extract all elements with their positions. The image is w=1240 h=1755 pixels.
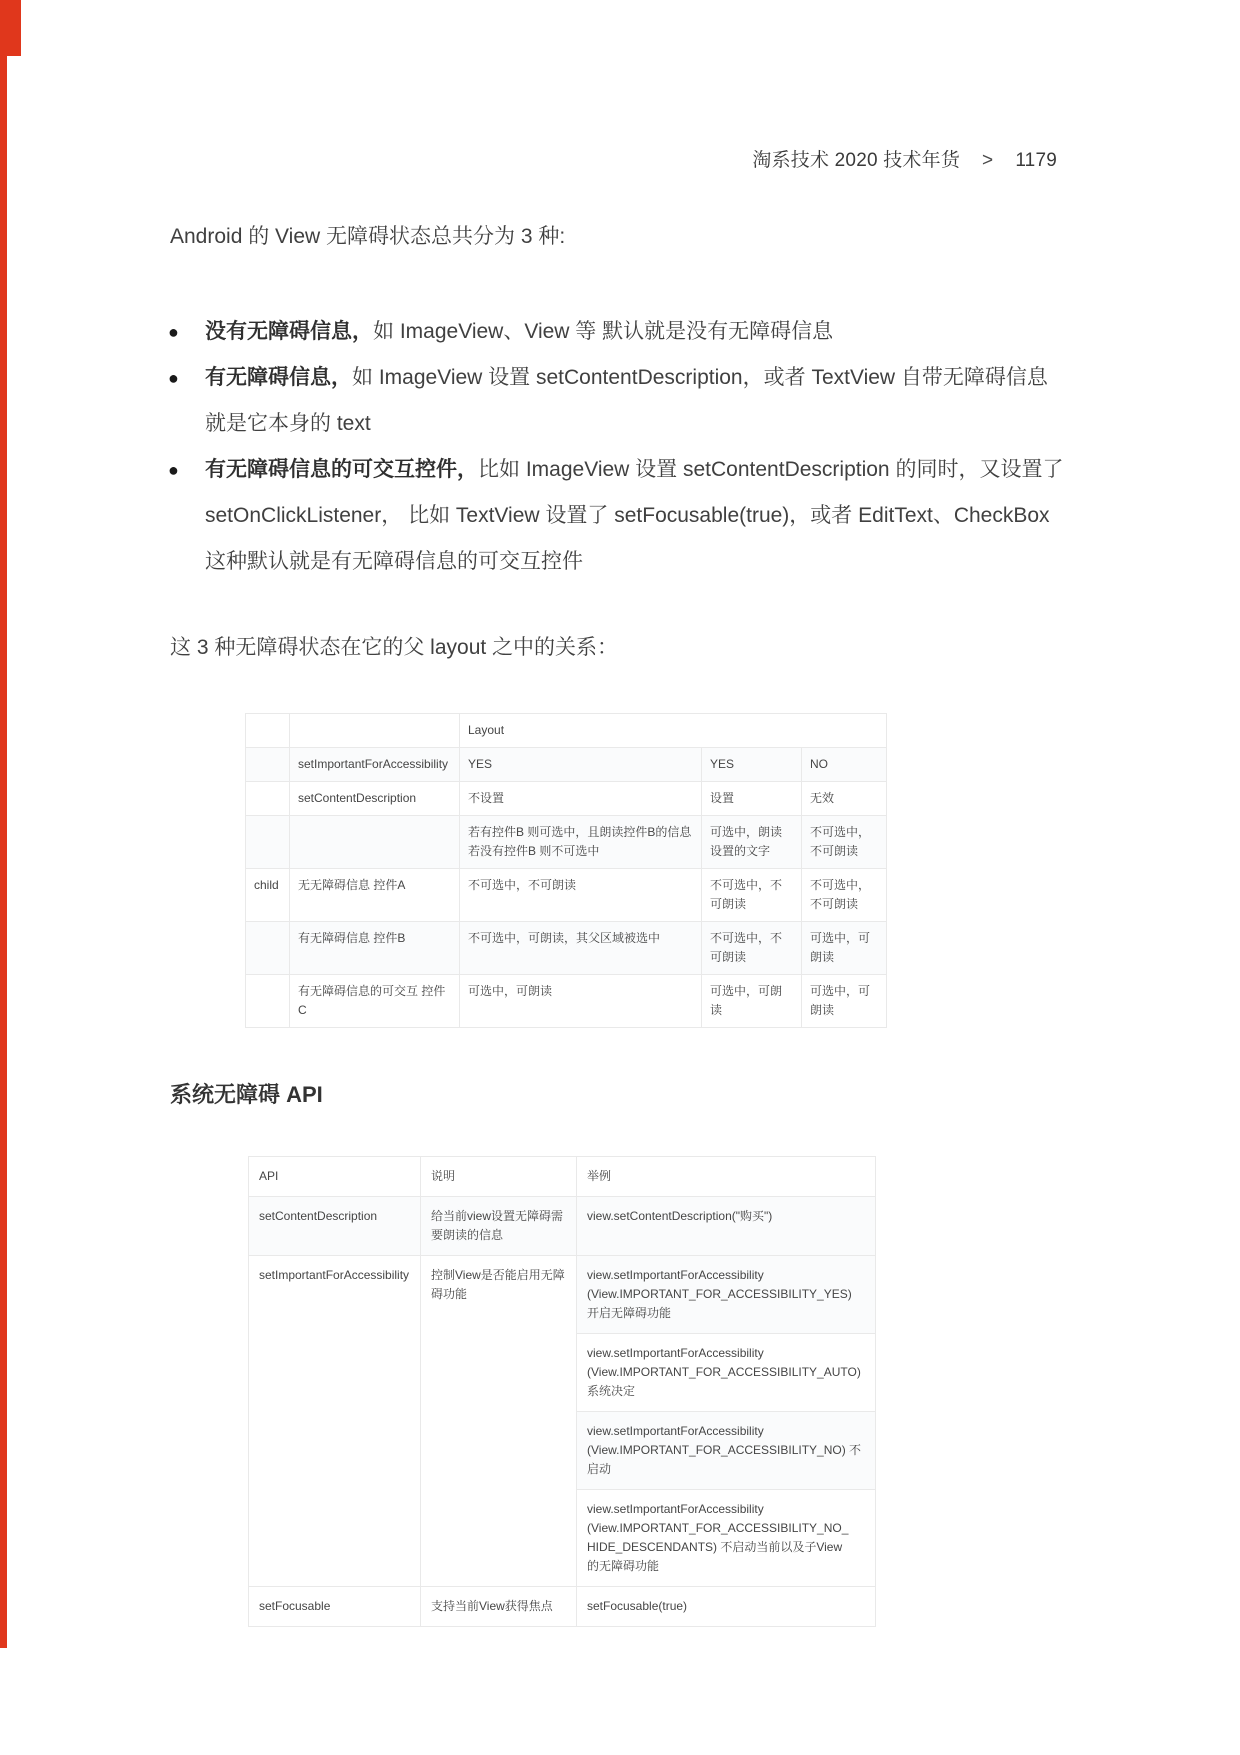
table-cell [246, 816, 290, 869]
table-cell-api: setContentDescription [249, 1197, 421, 1256]
accessibility-api-table: API 说明 举例 setContentDescription 给当前view设… [248, 1156, 876, 1627]
table-cell-example: setFocusable(true) [577, 1587, 876, 1627]
table-cell [246, 714, 290, 748]
table-row: 若有控件B 则可选中，且朗读控件B的信息 若没有控件B 则不可选中 可选中，朗读… [246, 816, 887, 869]
table-cell [246, 922, 290, 975]
table-row: 有无障碍信息的可交互 控件 C 可选中，可朗读 可选中，可朗 读 可选中，可 朗… [246, 975, 887, 1028]
table-cell-api: setFocusable [249, 1587, 421, 1627]
bullet-text: 如 ImageView、View 等 默认就是没有无障碍信息 [373, 320, 833, 343]
bullet-item-no-info: ●没有无障碍信息，如 ImageView、View 等 默认就是没有无障碍信息 [168, 309, 1068, 355]
table-cell: 无效 [802, 782, 887, 816]
page-edge-red-stripe [0, 0, 7, 1648]
table-cell-child-label: child [246, 869, 290, 922]
bullet-item-has-info: ●有无障碍信息，如 ImageView 设置 setContentDescrip… [168, 355, 1068, 447]
header-separator: > [982, 150, 993, 172]
table-cell-example: view.setImportantForAccessibility (View.… [577, 1412, 876, 1490]
table-cell: 可选中，朗读 设置的文字 [702, 816, 802, 869]
bullet-icon: ● [168, 447, 179, 493]
relation-paragraph: 这 3 种无障碍状态在它的父 layout 之中的关系： [170, 633, 618, 663]
table-cell: 不可选中，不 可朗读 [702, 922, 802, 975]
bullet-list: ●没有无障碍信息，如 ImageView、View 等 默认就是没有无障碍信息 … [168, 309, 1068, 585]
table-header-row: API 说明 举例 [249, 1157, 876, 1197]
table-cell [246, 748, 290, 782]
table-cell [290, 714, 460, 748]
table-cell-desc: 控制View是否能启用无障碍功能 [421, 1256, 577, 1587]
table-cell: 有无障碍信息的可交互 控件 C [290, 975, 460, 1028]
table-cell: NO [802, 748, 887, 782]
table-row: setContentDescription 不设置 设置 无效 [246, 782, 887, 816]
running-header: 淘系技术 2020 技术年货>1179 [0, 145, 1057, 172]
table-cell: 可选中，可 朗读 [802, 922, 887, 975]
table-cell: 可选中，可朗读 [460, 975, 702, 1028]
document-page: { "colors": { "accent_red": "#e0371c", "… [0, 0, 1240, 1755]
page-number: 1179 [1015, 150, 1057, 171]
table-cell: YES [460, 748, 702, 782]
table-row: Layout [246, 714, 887, 748]
page-corner-red-mark [0, 0, 21, 56]
table-cell-api: setImportantForAccessibility [249, 1256, 421, 1587]
table-cell-example: view.setImportantForAccessibility (View.… [577, 1334, 876, 1412]
table-cell: 不可选中， 不可朗读 [802, 816, 887, 869]
book-title: 淘系技术 2020 技术年货 [752, 150, 960, 171]
bullet-icon: ● [168, 309, 179, 355]
table-cell [290, 816, 460, 869]
table-cell-desc: 支持当前View获得焦点 [421, 1587, 577, 1627]
bullet-lead: 没有无障碍信息， [205, 320, 373, 343]
bullet-item-interactive-control: ●有无障碍信息的可交互控件，比如 ImageView 设置 setContent… [168, 447, 1068, 585]
table-cell: 无无障碍信息 控件A [290, 869, 460, 922]
section-heading: 系统无障碍 API [170, 1078, 323, 1109]
table-cell-layout: Layout [460, 714, 887, 748]
table-cell: 不可选中， 不可朗读 [802, 869, 887, 922]
table-cell: 有无障碍信息 控件B [290, 922, 460, 975]
table-cell-example: view.setImportantForAccessibility (View.… [577, 1490, 876, 1587]
table-row: setImportantForAccessibility YES YES NO [246, 748, 887, 782]
table-cell-desc: 给当前view设置无障碍需要朗读的信息 [421, 1197, 577, 1256]
table-row-setfocusable: setFocusable 支持当前View获得焦点 setFocusable(t… [249, 1587, 876, 1627]
table-cell: 不设置 [460, 782, 702, 816]
intro-paragraph: Android 的 View 无障碍状态总共分为 3 种: [170, 222, 565, 252]
table-header-cell-desc: 说明 [421, 1157, 577, 1197]
table-cell: 不可选中，不可朗读 [460, 869, 702, 922]
table-cell: YES [702, 748, 802, 782]
table-header-cell-api: API [249, 1157, 421, 1197]
table-cell [246, 975, 290, 1028]
table-cell-example: view.setContentDescription("购买") [577, 1197, 876, 1256]
table-header-cell-example: 举例 [577, 1157, 876, 1197]
table-cell: 可选中，可 朗读 [802, 975, 887, 1028]
bullet-lead: 有无障碍信息， [205, 366, 352, 389]
bullet-lead: 有无障碍信息的可交互控件， [205, 458, 478, 481]
table-row-setcontentdescription: setContentDescription 给当前view设置无障碍需要朗读的信… [249, 1197, 876, 1256]
table-cell: setContentDescription [290, 782, 460, 816]
table-row: child 无无障碍信息 控件A 不可选中，不可朗读 不可选中，不 可朗读 不可… [246, 869, 887, 922]
table-row: 有无障碍信息 控件B 不可选中，可朗读，其父区域被选中 不可选中，不 可朗读 可… [246, 922, 887, 975]
table-row-setimportantforaccessibility: setImportantForAccessibility 控制View是否能启用… [249, 1256, 876, 1334]
table-cell: 可选中，可朗 读 [702, 975, 802, 1028]
table-cell: 不可选中，可朗读，其父区域被选中 [460, 922, 702, 975]
table-cell: 不可选中，不 可朗读 [702, 869, 802, 922]
table-cell-example: view.setImportantForAccessibility (View.… [577, 1256, 876, 1334]
table-cell: 设置 [702, 782, 802, 816]
table-cell: 若有控件B 则可选中，且朗读控件B的信息 若没有控件B 则不可选中 [460, 816, 702, 869]
table-cell: setImportantForAccessibility [290, 748, 460, 782]
bullet-icon: ● [168, 355, 179, 401]
layout-relation-table: Layout setImportantForAccessibility YES … [245, 713, 887, 1028]
table-cell [246, 782, 290, 816]
